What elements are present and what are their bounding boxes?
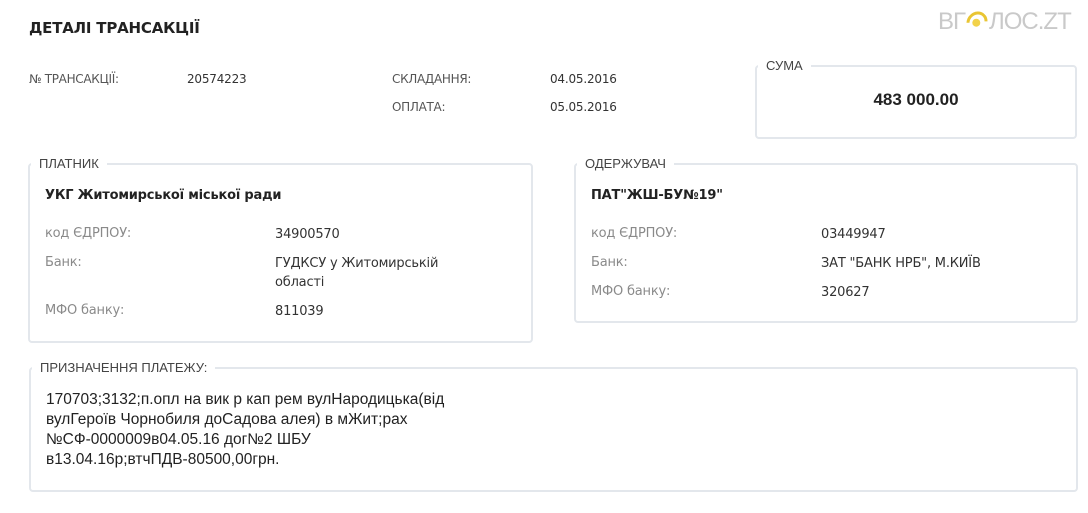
payer-box: ПЛАТНИК УКГ Житомирської міської ради ко… (28, 158, 533, 343)
payer-bank-label: Банк: (45, 255, 82, 270)
recipient-edrpou-label: код ЄДРПОУ: (591, 226, 677, 241)
transaction-number-value: 20574223 (187, 72, 246, 86)
recipient-box: ОДЕРЖУВАЧ ПАТ"ЖШ-БУ№19" код ЄДРПОУ: 0344… (574, 158, 1078, 323)
recipient-mfo-label: МФО банку: (591, 284, 670, 299)
created-date-label: СКЛАДАННЯ: (392, 72, 471, 86)
payer-edrpou-label: код ЄДРПОУ: (45, 226, 131, 241)
paid-date-value: 05.05.2016 (550, 100, 617, 114)
purpose-legend: ПРИЗНАЧЕННЯ ПЛАТЕЖУ: (32, 362, 215, 374)
recipient-edrpou-value: 03449947 (821, 225, 1021, 244)
logo-text-left: ВГ (938, 8, 965, 36)
page-title: ДЕТАЛІ ТРАНСАКЦІЇ (29, 19, 200, 37)
sum-box: СУМА 483 000.00 (755, 60, 1077, 139)
payer-name: УКГ Житомирської міської ради (45, 188, 281, 203)
recipient-bank-label: Банк: (591, 255, 628, 270)
recipient-bank-value: ЗАТ "БАНК НРБ", М.КИЇВ (821, 254, 1061, 273)
payer-legend: ПЛАТНИК (31, 158, 107, 170)
purpose-box: ПРИЗНАЧЕННЯ ПЛАТЕЖУ: 170703;3132;п.опл н… (29, 362, 1078, 492)
payer-mfo-label: МФО банку: (45, 303, 124, 318)
recipient-mfo-value: 320627 (821, 283, 1021, 302)
logo-text-right: ЛОС.ZT (989, 8, 1071, 36)
sum-label: СУМА (758, 60, 811, 72)
paid-date-label: ОПЛАТА: (392, 100, 445, 114)
logo-signal-icon (962, 7, 992, 37)
recipient-legend: ОДЕРЖУВАЧ (577, 158, 674, 170)
payer-mfo-value: 811039 (275, 302, 475, 321)
payer-edrpou-value: 34900570 (275, 225, 475, 244)
purpose-text: 170703;3132;п.опл на вик р кап рем вулНа… (46, 390, 496, 470)
site-logo[interactable]: ВГ ЛОС.ZT (938, 8, 1071, 36)
payer-bank-value: ГУДКСУ у Житомирській області (275, 254, 475, 292)
transaction-number-label: № ТРАНСАКЦІЇ: (29, 72, 119, 86)
sum-value: 483 000.00 (757, 90, 1075, 110)
created-date-value: 04.05.2016 (550, 72, 617, 86)
recipient-name: ПАТ"ЖШ-БУ№19" (591, 188, 723, 203)
